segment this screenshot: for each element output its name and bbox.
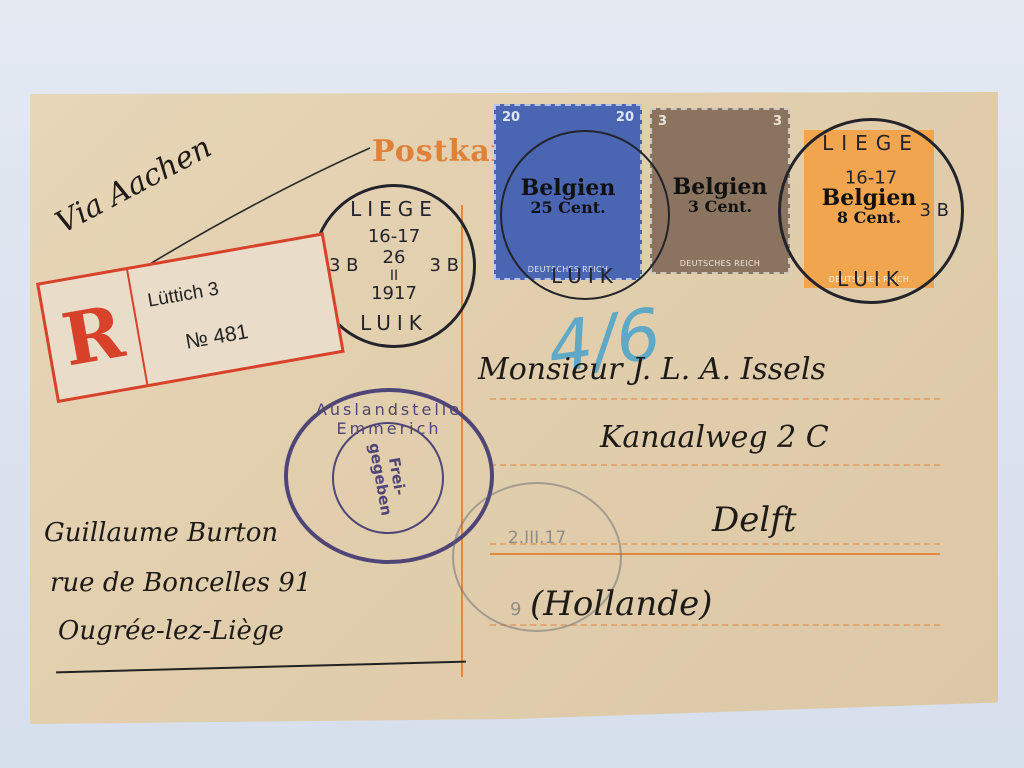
sender-line-3: Ougrée-lez-Liège [58,616,284,646]
postmark-liege-on-stamp: LUIK [500,130,670,300]
recipient-line-2: Kanaalweg 2 C [600,420,829,455]
recipient-line-1: Monsieur J. L. A. Issels [478,352,826,387]
address-line [490,398,940,400]
recipient-line-4: (Hollande) [530,584,712,624]
sender-line-1: Guillaume Burton [44,518,278,548]
registration-office: Lüttich 3 [146,279,221,313]
recipient-line-3: Delft [712,500,797,540]
postmark-liege-on-imprint: LIEGE 16-17 3 B LUIK [778,118,964,304]
registration-number: № 481 [184,320,251,355]
sender-line-2: rue de Boncelles 91 [50,568,311,598]
stamp-brown-3-cent: 33 Belgien3 Cent. DEUTSCHES REICH [650,108,790,274]
stamp-face-value: 20 [502,110,520,125]
address-line [490,464,940,466]
